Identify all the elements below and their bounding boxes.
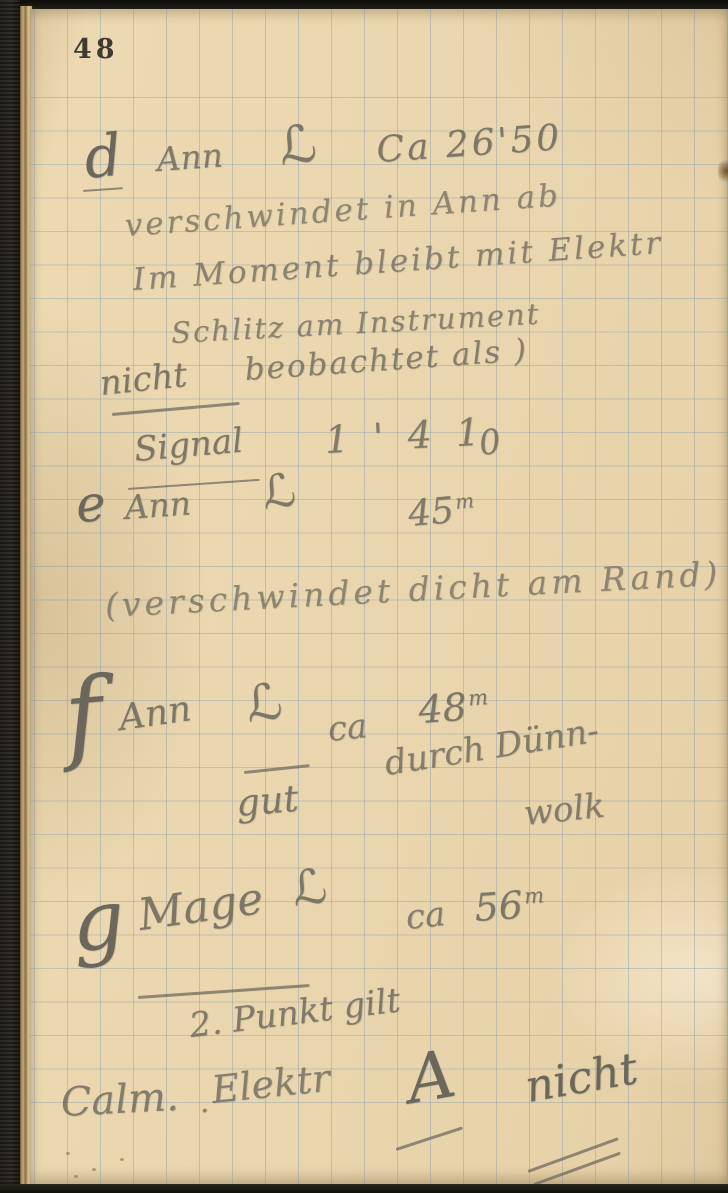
entry-d-name: Ann [155, 135, 224, 179]
entry-f-approx: ca [326, 706, 369, 750]
entry-f-time: 48m [417, 683, 490, 732]
entry-e-name: Ann [123, 483, 192, 527]
entry-f-quality: gut [234, 777, 300, 825]
paper-speck [74, 1175, 78, 1178]
entry-g-time-unit: m [523, 884, 544, 909]
entry-f-time-unit: m [467, 686, 488, 711]
paper-speck [92, 1168, 96, 1171]
entry-e-time-unit: m [454, 489, 475, 514]
entry-g-approx: ca [404, 894, 447, 938]
paper-speck [120, 1158, 124, 1161]
entry-d-label: d [81, 120, 125, 192]
notebook-binding [0, 0, 20, 1193]
entry-e-time: 45m [406, 488, 476, 535]
planet-symbol: ℒ [288, 858, 330, 918]
notebook-scan: 48 d Ann ℒ Ca 26'50 verschwindet in Ann … [0, 0, 728, 1193]
ink-smudge-right-edge [718, 158, 728, 184]
entry-g-time: 56m [473, 881, 546, 930]
entry-g-time-number: 56 [473, 883, 524, 930]
signal-time-value: 1 ' 4 1 [324, 410, 487, 462]
footer-word-1: Calm. [60, 1074, 180, 1126]
entry-f-cloud-note-line2: wolk [522, 786, 607, 834]
entry-g-label: g [68, 872, 129, 971]
paper-speck [66, 1152, 70, 1155]
footer-separator-dot: · [200, 1094, 210, 1129]
entry-f-time-number: 48 [417, 685, 468, 732]
entry-e-time-number: 45 [406, 490, 455, 535]
book-cover-bottom-edge [0, 1184, 728, 1193]
page-number: 48 [73, 34, 119, 65]
entry-e-label: e [74, 474, 108, 534]
